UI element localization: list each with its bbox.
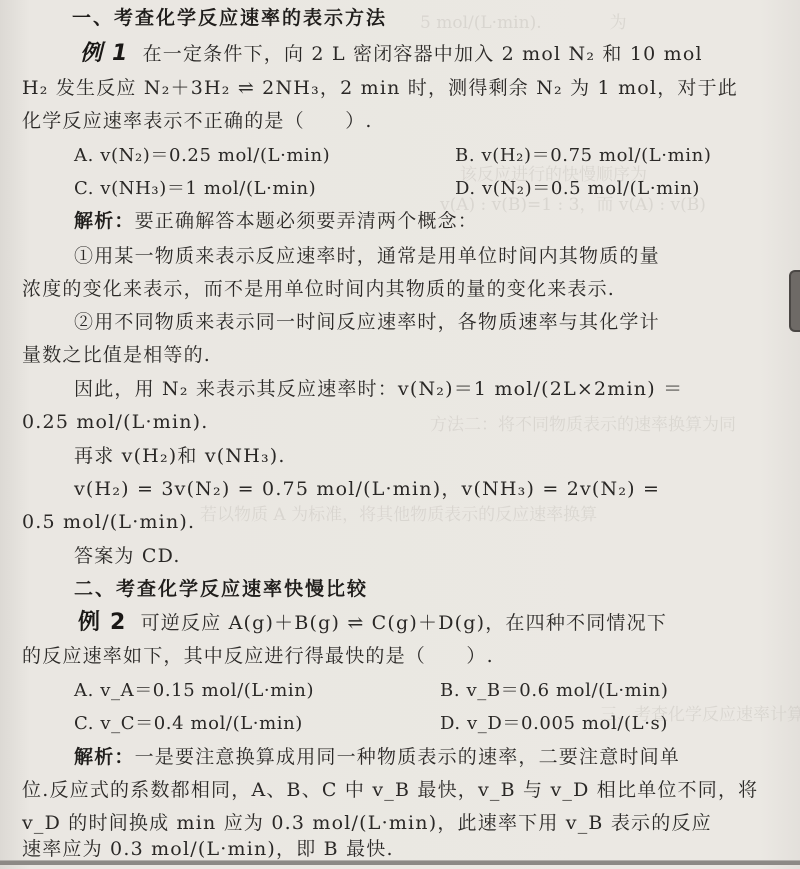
analysis-2-intro: 解析：一是要注意换算成用同一种物质表示的速率，二要注意时间单 bbox=[74, 744, 680, 770]
example-label: 例 2 bbox=[78, 610, 127, 635]
example-2-line-1: 例 2可逆反应 A(g)＋B(g) ⇌ C(g)＋D(g)，在四种不同情况下 bbox=[78, 610, 667, 636]
analysis-2-line: 位.反应式的系数都相同，A、B、C 中 v_B 最快，v_B 与 v_D 相比单… bbox=[22, 777, 758, 803]
option-b: B. v_B＝0.6 mol/(L·min) bbox=[440, 678, 668, 704]
example-2-line-2: 的反应速率如下，其中反应进行得最快的是（ ）. bbox=[22, 643, 494, 669]
page-edge-tab bbox=[789, 270, 800, 332]
option-c: C. v_C＝0.4 mol/(L·min) bbox=[74, 711, 303, 737]
bleed-through-text: 5 mol/(L·min). 为 bbox=[420, 8, 627, 33]
analysis-2-line: v_D 的时间换成 min 应为 0.3 mol/(L·min)，此速率下用 v… bbox=[22, 810, 712, 836]
bleed-through-text: 若以物质 A 为标准，将其他物质表示的反应速率换算 bbox=[200, 500, 597, 525]
option-d: D. v_D＝0.005 mol/(L·s) bbox=[440, 711, 668, 737]
analysis-1-line: ①用某一物质来表示反应速率时，通常是用单位时间内其物质的量 bbox=[74, 243, 660, 269]
analysis-2-line: 速率应为 0.3 mol/(L·min)，即 B 最快. bbox=[22, 836, 394, 862]
analysis-1-line: 0.5 mol/(L·min). bbox=[22, 509, 195, 535]
option-d: D. v(N₂)＝0.5 mol/(L·min) bbox=[455, 176, 700, 202]
scanned-page: 5 mol/(L·min). 为 该反应进行的快慢顺序为 v(A) : v(B)… bbox=[0, 0, 800, 869]
analysis-1-intro: 解析：要正确解答本题必须要弄清两个概念： bbox=[74, 208, 478, 234]
bottom-rule bbox=[0, 860, 800, 865]
section-heading-2: 二、考查化学反应速率快慢比较 bbox=[74, 576, 368, 602]
example-1-line-1: 例 1在一定条件下，向 2 L 密闭容器中加入 2 mol N₂ 和 10 mo… bbox=[80, 41, 703, 67]
answer-1: 答案为 CD. bbox=[74, 543, 181, 569]
analysis-1-line: v(H₂) = 3v(N₂) = 0.75 mol/(L·min)，v(NH₃)… bbox=[74, 476, 660, 502]
option-c: C. v(NH₃)＝1 mol/(L·min) bbox=[74, 176, 316, 202]
analysis-label: 解析： bbox=[74, 210, 135, 232]
analysis-1-line: 0.25 mol/(L·min). bbox=[22, 409, 209, 435]
option-a: A. v(N₂)＝0.25 mol/(L·min) bbox=[74, 143, 330, 169]
option-a: A. v_A＝0.15 mol/(L·min) bbox=[74, 678, 314, 704]
option-b: B. v(H₂)＝0.75 mol/(L·min) bbox=[455, 143, 711, 169]
analysis-1-line: 再求 v(H₂)和 v(NH₃). bbox=[74, 443, 286, 469]
analysis-1-line: 量数之比值是相等的. bbox=[22, 342, 211, 368]
analysis-label: 解析： bbox=[74, 746, 135, 768]
example-1-line-3: 化学反应速率表示不正确的是（ ）. bbox=[22, 108, 373, 134]
analysis-1-line: ②用不同物质来表示同一时间反应速率时，各物质速率与其化学计 bbox=[74, 309, 660, 335]
analysis-1-line: 因此，用 N₂ 来表示其反应速率时：v(N₂)＝1 mol/(2L×2min) … bbox=[74, 376, 683, 402]
bleed-through-text: 方法二：将不同物质表示的速率换算为同 bbox=[430, 410, 736, 435]
analysis-1-line: 浓度的变化来表示，而不是用单位时间内其物质的量的变化来表示. bbox=[22, 276, 615, 302]
example-label: 例 1 bbox=[80, 41, 129, 66]
example-1-line-2: H₂ 发生反应 N₂＋3H₂ ⇌ 2NH₃，2 min 时，测得剩余 N₂ 为 … bbox=[22, 75, 738, 101]
section-heading-1: 一、考查化学反应速率的表示方法 bbox=[72, 5, 387, 31]
